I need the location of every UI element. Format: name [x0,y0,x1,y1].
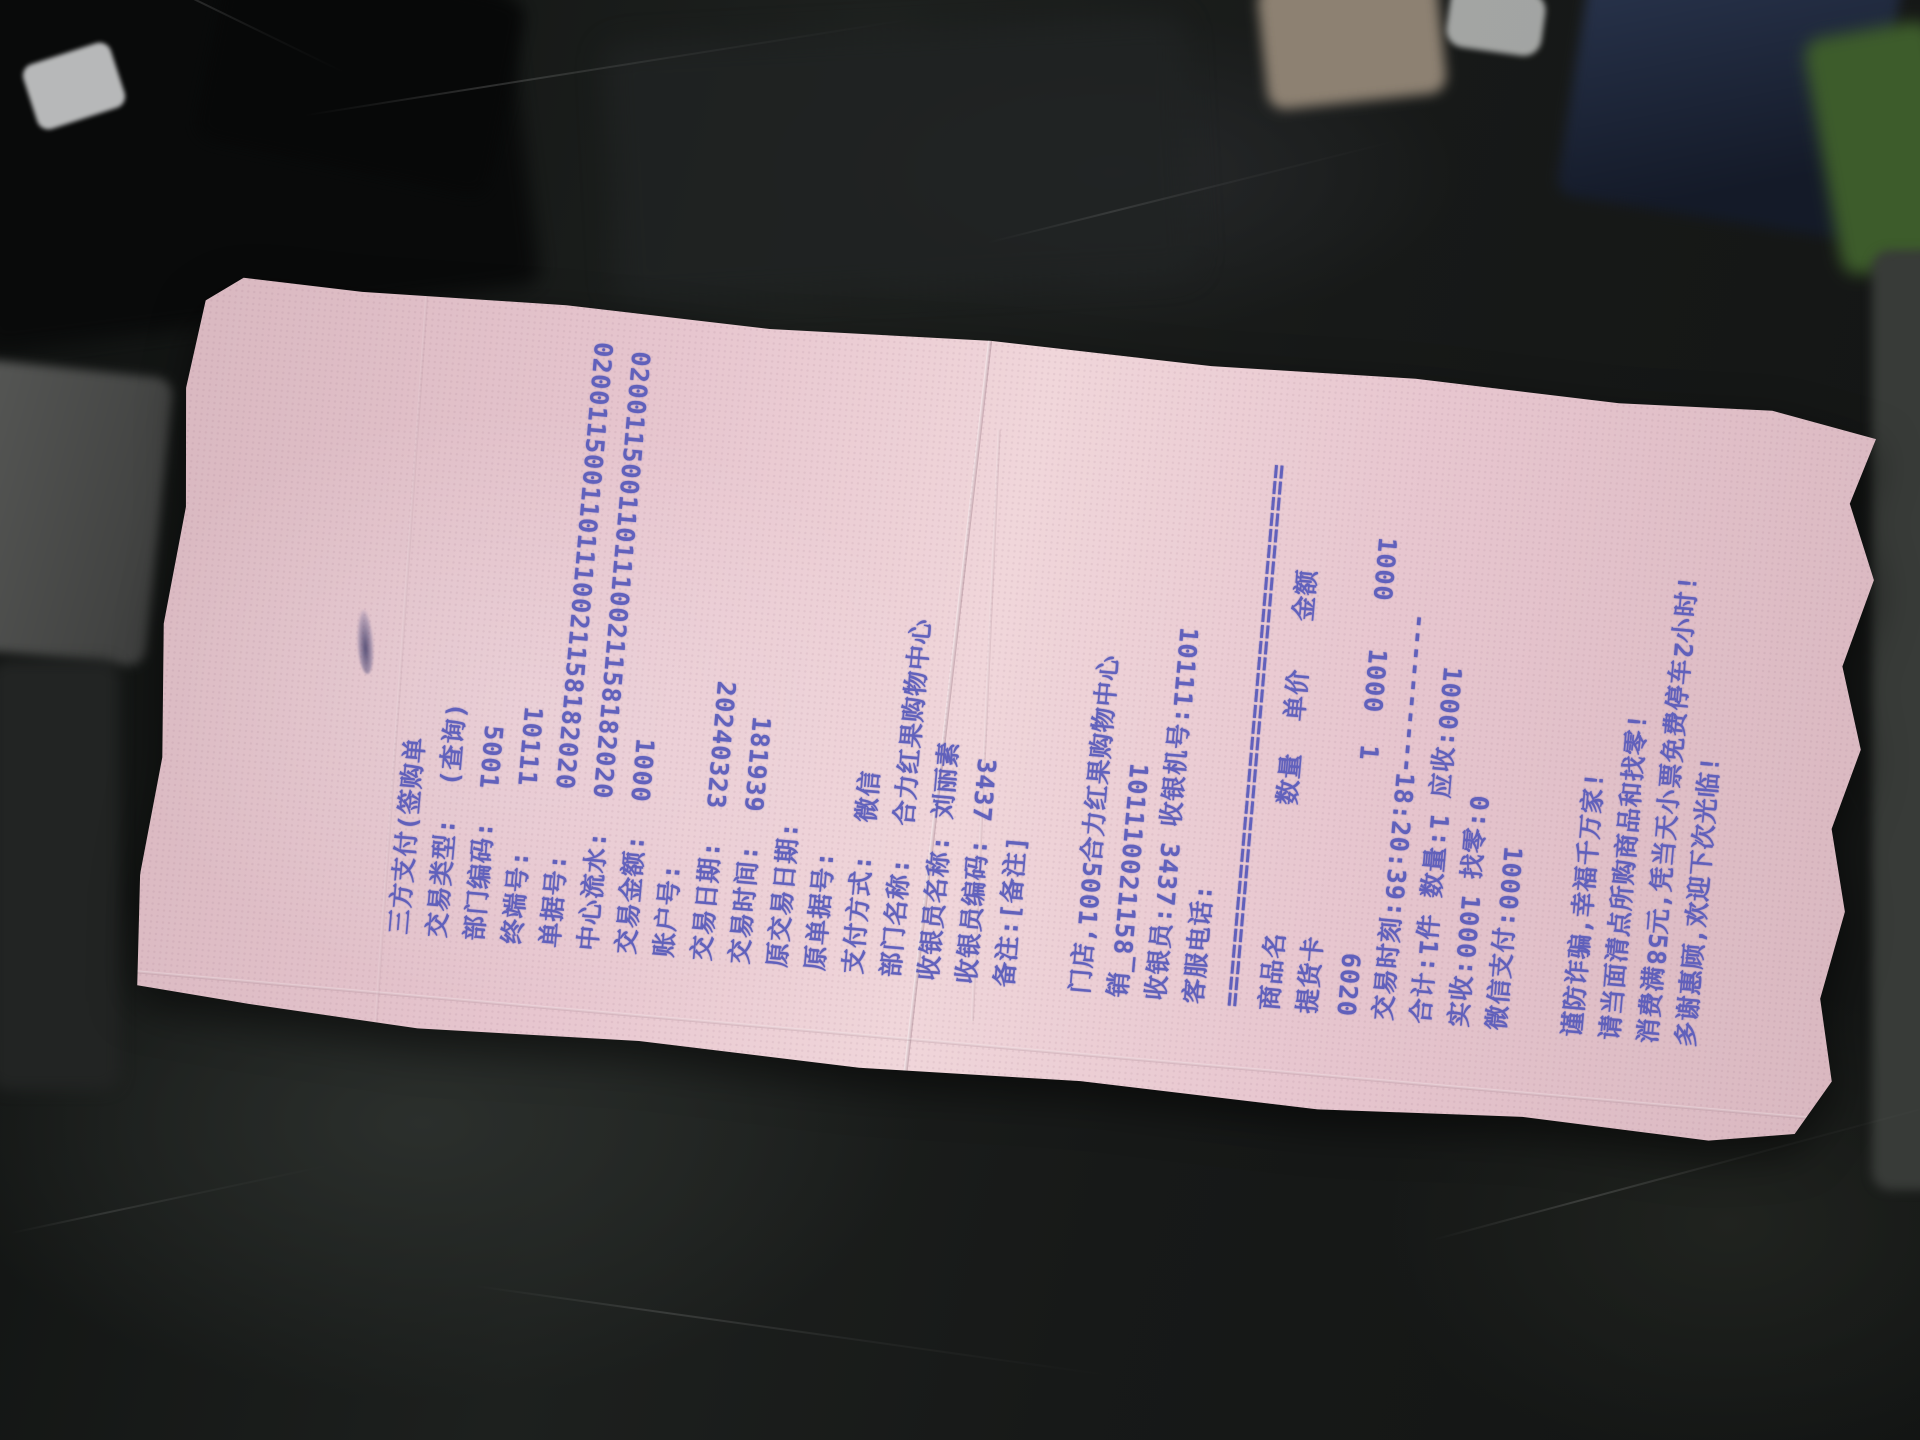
receipt-number: 1000 [1363,535,1406,602]
receipt-number: 1 [1408,938,1447,957]
receipt-number: 5001 [469,723,512,790]
background-beige-object-top [1256,0,1448,111]
photo-of-receipt: { "scene": { "description_labels": {}, "… [0,0,1920,1440]
glass-reflection-center [604,15,1197,305]
receipt-number: 3437 [962,757,1005,824]
receipt-number: 1000 [1446,893,1489,960]
ink-smudge [356,610,375,675]
receipt-number: 1000 [1488,845,1531,912]
receipt-number: 1 [1349,743,1388,762]
receipt-number: 1000 [1428,665,1471,732]
receipt-number: 6020 [1326,951,1369,1018]
receipt-number: 3437 [1145,841,1188,908]
background-strip-right-edge [1872,250,1920,1190]
receipt-number: 1000 [620,737,663,804]
receipt-number: 0 [1459,794,1498,813]
receipt-number: 1000 [1353,647,1396,714]
receipt-number: 5001 [1067,860,1110,927]
receipt-number: 58 [1636,932,1677,967]
receipt-number: 2 [1663,641,1702,660]
background-gray-object-left [0,359,175,668]
background-shadow-left [0,660,120,1090]
receipt-text-block: 三方支付(签购单交易类型: (查询)部门编码: 5001终端号: 10111单据… [372,291,1761,1144]
receipt-number: 1 [1419,812,1458,831]
